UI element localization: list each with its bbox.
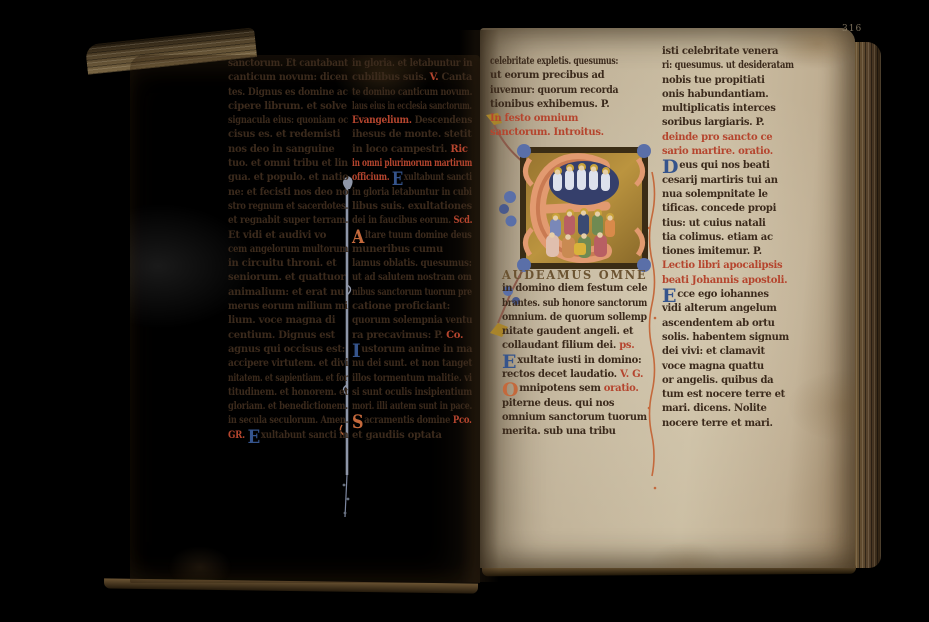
body-text: in gloria. et letabuntur in: [352, 58, 472, 69]
body-text: laus eius in ecclesia sanctorum.: [352, 101, 472, 112]
text-line: seniorum. et quattuor: [228, 271, 348, 285]
drop-cap-initial: E: [662, 285, 677, 307]
body-text: stro regnum et sacerdotes.: [228, 201, 348, 212]
body-text: vidi alterum angelum: [662, 303, 777, 314]
text-line: in secula seculorum. Amen.: [228, 414, 326, 428]
text-line: lamus oblatis. quesumus:: [352, 257, 458, 271]
text-line: onis habundantiam.: [662, 88, 794, 102]
rubric-text: Ric: [450, 144, 467, 155]
body-text: ra precavimus: P.: [352, 330, 446, 341]
text-line: ut ad salutem nostram om: [352, 271, 454, 285]
body-text: animalium: et erat nu: [228, 287, 344, 298]
body-text: cipere librum. et solve: [228, 101, 347, 112]
text-line: catione proficiant:: [352, 300, 472, 314]
text-line: nos deo in sanguine: [228, 143, 348, 157]
rubric-text: ps.: [619, 340, 634, 351]
text-line: in domino diem festum cele: [502, 282, 644, 296]
body-text: celebritate expletis. quesumus:: [490, 56, 618, 67]
text-line: stro regnum et sacerdotes.: [228, 200, 329, 214]
text-line: dei vivi: et clamavit: [662, 345, 794, 359]
body-text: in domino diem festum cele: [502, 283, 647, 294]
saints-upper-register: [549, 161, 619, 205]
rubric-text: In festo omnium: [490, 113, 578, 124]
body-text: soribus largiaris. P.: [662, 117, 764, 128]
body-text: cisus es. et redemisti: [228, 129, 340, 140]
text-line: Exultate iusti in domino:: [502, 354, 647, 368]
text-line: collaudant filium dei. ps.: [502, 339, 647, 353]
body-text: si sunt oculis insipientium: [352, 387, 472, 398]
body-text: cesarij martiris tui an: [662, 175, 778, 186]
body-text: sanctorum. Et cantabant: [228, 58, 348, 69]
body-text: ihesus de monte. stetit: [352, 129, 472, 140]
text-line: illos tormentum malitie. vi: [352, 372, 453, 386]
intercolumn-flourish: [644, 168, 660, 530]
text-line: laus eius in ecclesia sanctorum.: [352, 100, 437, 114]
text-line: vidi alterum angelum: [662, 302, 794, 316]
body-text: ustorum anime in ma: [361, 344, 472, 355]
text-line: nitatem. et sapientiam. et for: [228, 372, 320, 386]
text-line: sario martire. oratio.: [662, 145, 794, 159]
body-text: centium. Dignus est: [228, 330, 335, 341]
body-text: gua. et populo. et natio: [228, 172, 348, 183]
text-line: cisus es. et redemisti: [228, 128, 348, 142]
text-line: ascendentem ab ortu: [662, 317, 794, 331]
body-text: cce ego iohannes: [677, 289, 768, 300]
right-page: [480, 28, 855, 568]
saints-lower-register: [546, 208, 615, 258]
body-text: brantes. sub honore sanctorum: [502, 298, 647, 309]
text-line: Lectio libri apocalipsis: [662, 259, 794, 273]
body-text: nitate gaudent angeli. et: [502, 326, 633, 337]
rubric-text: in omni plurimorum martirum: [352, 158, 472, 169]
text-line: et regnabit super terram.: [228, 214, 335, 228]
body-text: tiones imitemur. P.: [662, 246, 762, 257]
rubric-text: Co.: [446, 330, 463, 341]
rubric-text: V.: [430, 72, 442, 83]
text-line: ne: et fecisti nos deo no: [228, 186, 342, 200]
rubric-text: officium.: [352, 172, 392, 183]
body-text: nu dei sunt. et non tanget: [352, 358, 472, 369]
left-page-column-1: sanctorum. Et cantabantcanticum novum: d…: [228, 57, 348, 443]
body-text: mori. illi autem sunt in pace.: [352, 401, 472, 412]
text-line: tum est nocere terre et: [662, 388, 794, 402]
drop-cap-initial: E: [248, 426, 261, 448]
body-text: onis habundantiam.: [662, 89, 768, 100]
body-text: te domino canticum novum.: [352, 87, 472, 98]
body-text: tes. Dignus es domine ac: [228, 87, 348, 98]
text-line: tia colimus. etiam ac: [662, 231, 794, 245]
text-line: in circuitu throni. et: [228, 257, 348, 271]
body-text: signacula eius: quoniam oc: [228, 115, 348, 126]
rubric-text: beati Johannis apostoli.: [662, 275, 787, 286]
text-line: omnium. de quorum sollemp: [502, 311, 639, 325]
text-line: beati Johannis apostoli.: [662, 274, 794, 288]
folio-number: 316: [842, 24, 862, 34]
body-text: libus suis. exultationes: [352, 201, 472, 212]
body-text: rectos decet laudatio.: [502, 369, 620, 380]
text-line: dei in faucibus eorum. Scd.: [352, 214, 451, 228]
initial-frame: [517, 144, 651, 272]
body-text: dei in faucibus eorum.: [352, 215, 454, 226]
text-line: Evangelium. Descendens: [352, 114, 460, 128]
body-text: lamus oblatis. quesumus:: [352, 258, 472, 269]
text-line: nocere terre et mari.: [662, 417, 794, 431]
body-text: Et vidi et audivi vo: [228, 230, 326, 241]
text-line: gloriam. et benedictionem.: [228, 400, 328, 414]
body-text: merus eorum milium mi: [228, 301, 348, 312]
body-text: Canta: [441, 72, 472, 83]
text-line: Sacramentis domine Pco.: [352, 414, 453, 428]
body-text: xultabunt sancti: [404, 172, 472, 183]
text-line: ra precavimus: P. Co.: [352, 329, 472, 343]
rubric-text: sanctorum. Introitus.: [490, 127, 604, 138]
body-text: nobis tue propitiati: [662, 75, 765, 86]
body-text: cem angelorum multorum: [228, 244, 348, 255]
text-line: cipere librum. et solve: [228, 100, 348, 114]
body-text: quorum solempnia ventu: [352, 315, 472, 326]
text-line: agnus qui occisus est:: [228, 343, 348, 357]
text-line: in loco campestri. Ric: [352, 143, 472, 157]
body-text: in gloria letabuntur in cubi: [352, 187, 472, 198]
text-line: brantes. sub honore sanctorum: [502, 297, 628, 311]
body-text: lium. voce magna di: [228, 315, 335, 326]
body-text: tia colimus. etiam ac: [662, 232, 773, 243]
text-line: si sunt oculis insipientium: [352, 386, 454, 400]
text-line: GR. Exultabunt sancti in: [228, 429, 332, 443]
text-line: ut eorum precibus ad: [490, 69, 618, 83]
body-text: catione proficiant:: [352, 301, 450, 312]
text-line: sanctorum. Introitus.: [490, 126, 618, 140]
body-text: dei vivi: et clamavit: [662, 346, 765, 357]
text-line: Ecce ego iohannes: [662, 288, 794, 302]
body-text: acramentis domine: [364, 415, 453, 426]
text-line: tes. Dignus es domine ac: [228, 86, 336, 100]
text-line: signacula eius: quoniam oc: [228, 114, 327, 128]
body-text: illos tormentum malitie. vi: [352, 373, 472, 384]
body-text: tum est nocere terre et: [662, 389, 785, 400]
text-line: titudinem. et honorem. et: [228, 386, 333, 400]
text-line: deinde pro sancto ce: [662, 131, 794, 145]
body-text: et regnabit super terram.: [228, 215, 348, 226]
body-text: nitatem. et sapientiam. et for: [228, 373, 348, 384]
body-text: canticum novum: dicen: [228, 72, 348, 83]
left-page-column-2: in gloria. et letabuntur incubilibus sui…: [352, 57, 472, 443]
text-line: tionibus exhibemus. P.: [490, 98, 618, 112]
body-text: collaudant filium dei.: [502, 340, 619, 351]
text-line: tuo. et omni tribu et lin: [228, 157, 343, 171]
text-line: mori. illi autem sunt in pace.: [352, 400, 446, 414]
text-line: cubilibus suis. V. Canta: [352, 71, 469, 85]
text-line: nitate gaudent angeli. et: [502, 325, 647, 339]
body-text: voce magna quattu: [662, 361, 764, 372]
body-text: Descendens: [415, 115, 472, 126]
right-page-column-2: isti celebritate venerari: quesumus. ut …: [662, 45, 794, 431]
text-line: merus eorum milium mi: [228, 300, 339, 314]
body-text: tius: ut cuius natali: [662, 218, 766, 229]
text-line: or angelis. quibus da: [662, 374, 794, 388]
text-line: officium. Exultabunt sancti: [352, 171, 446, 185]
drop-cap-initial: O: [502, 379, 519, 401]
body-text: AUDEAMUS OMNE: [502, 267, 647, 282]
text-line: nobis tue propitiati: [662, 74, 794, 88]
text-line: celebritate expletis. quesumus:: [490, 55, 589, 69]
body-text: multiplicatis interces: [662, 103, 776, 114]
rubric-text: Pco.: [453, 415, 472, 426]
right-page-column-1-top: celebritate expletis. quesumus:ut eorum …: [490, 55, 618, 141]
book-fore-edge: [853, 42, 881, 568]
marginal-leaves: [486, 113, 526, 337]
text-line: AUDEAMUS OMNE: [502, 268, 633, 282]
rubric-text: deinde pro sancto ce: [662, 132, 772, 143]
body-text: ltare tuum domine deus: [365, 230, 472, 241]
text-line: rectos decet laudatio. V. G.: [502, 368, 647, 382]
body-text: ut eorum precibus ad: [490, 70, 604, 81]
rubric-text: sario martire. oratio.: [662, 146, 773, 157]
rubric-text: Scd.: [454, 215, 473, 226]
body-text: solis. habentem signum: [662, 332, 789, 343]
drop-cap-initial: E: [502, 351, 517, 373]
drop-cap-initial: I: [352, 340, 361, 362]
book-bottom-edge-left: [104, 578, 478, 593]
text-line: nu dei sunt. et non tanget: [352, 357, 456, 371]
penwork-divider-bar: [336, 175, 358, 535]
body-text: eus qui nos beati: [679, 160, 770, 171]
text-line: in omni plurimorum martirum: [352, 157, 440, 171]
book-top-page-edges: [85, 27, 257, 75]
body-text: agnus qui occisus est:: [228, 344, 345, 355]
body-text: titudinem. et honorem. et: [228, 387, 348, 398]
book-gutter-shadow: [459, 30, 499, 582]
text-line: lium. voce magna di: [228, 314, 348, 328]
body-text: nibus sanctorum tuorum pre: [352, 287, 472, 298]
body-text: omnium sanctorum tuorum: [502, 412, 647, 423]
text-line: animalium: et erat nu: [228, 286, 348, 300]
body-text: accipere virtutem. et divi: [228, 358, 348, 369]
text-line: Omnipotens sem oratio.: [502, 382, 647, 396]
drop-cap-initial: D: [662, 156, 679, 178]
body-text: piterne deus. qui nos: [502, 398, 614, 409]
text-line: Iustorum anime in ma: [352, 343, 468, 357]
rubric-text: Lectio libri apocalipsis: [662, 260, 782, 271]
text-line: centium. Dignus est: [228, 329, 348, 343]
body-text: gloriam. et benedictionem.: [228, 401, 348, 412]
text-line: piterne deus. qui nos: [502, 397, 647, 411]
body-text: in circuitu throni. et: [228, 258, 336, 269]
body-text: or angelis. quibus da: [662, 375, 773, 386]
text-line: multiplicatis interces: [662, 102, 794, 116]
text-line: tius: ut cuius natali: [662, 217, 794, 231]
text-line: tiones imitemur. P.: [662, 245, 794, 259]
text-line: in gloria. et letabuntur in: [352, 57, 459, 71]
text-line: ihesus de monte. stetit: [352, 128, 470, 142]
text-line: Deus qui nos beati: [662, 159, 794, 173]
rubric-text: GR.: [228, 430, 248, 441]
text-line: te domino canticum novum.: [352, 86, 449, 100]
text-line: canticum novum: dicen: [228, 71, 343, 85]
illuminated-initial-G: [480, 105, 655, 345]
book-left-page-edges: [76, 58, 133, 604]
body-text: in secula seculorum. Amen.: [228, 415, 348, 426]
text-line: nibus sanctorum tuorum pre: [352, 286, 446, 300]
body-text: in loco campestri.: [352, 144, 450, 155]
text-line: gua. et populo. et natio: [228, 171, 345, 185]
rubric-text: Evangelium.: [352, 115, 415, 126]
text-line: isti celebritate venera: [662, 45, 794, 59]
text-line: iuvemur: quorum recorda: [490, 84, 610, 98]
text-line: voce magna quattu: [662, 360, 794, 374]
text-line: et gaudiis optata: [352, 429, 472, 443]
text-line: mari. dicens. Nolite: [662, 402, 794, 416]
rubric-text: V. G.: [620, 369, 643, 380]
body-text: omnium. de quorum sollemp: [502, 312, 647, 323]
drop-cap-initial: S: [352, 411, 364, 433]
text-line: sanctorum. Et cantabant: [228, 57, 337, 71]
body-text: et gaudiis optata: [352, 430, 442, 441]
body-text: iuvemur: quorum recorda: [490, 85, 618, 96]
body-text: isti celebritate venera: [662, 46, 778, 57]
body-text: tionibus exhibemus. P.: [490, 99, 609, 110]
text-line: Altare tuum domine deus: [352, 229, 452, 243]
text-line: cem angelorum multorum: [228, 243, 331, 257]
text-line: in gloria letabuntur in cubi: [352, 186, 451, 200]
body-text: mnipotens sem: [519, 383, 604, 394]
drop-cap-initial: A: [352, 226, 365, 248]
drop-cap-initial: E: [392, 168, 404, 190]
body-text: nos deo in sanguine: [228, 144, 334, 155]
body-text: mari. dicens. Nolite: [662, 403, 767, 414]
body-text: ne: et fecisti nos deo no: [228, 187, 348, 198]
right-page-column-1-lower: AUDEAMUS OMNEin domino diem festum celeb…: [502, 268, 647, 440]
left-page: [130, 55, 480, 583]
text-line: merita. sub una tribu: [502, 425, 647, 439]
text-line: solis. habentem signum: [662, 331, 794, 345]
text-line: libus suis. exultationes: [352, 200, 470, 214]
text-line: accipere virtutem. et divi: [228, 357, 336, 371]
body-text: ut ad salutem nostram om: [352, 272, 472, 283]
body-text: muneribus cumu: [352, 244, 443, 255]
body-text: tificas. concede propi: [662, 203, 776, 214]
body-text: ri: quesumus. ut desideratam: [662, 60, 794, 71]
text-line: muneribus cumu: [352, 243, 472, 257]
manuscript-photo: sanctorum. Et cantabantcanticum novum: d…: [0, 0, 929, 622]
text-line: ri: quesumus. ut desideratam: [662, 59, 773, 73]
initial-g-letter: [525, 159, 642, 255]
text-line: soribus largiaris. P.: [662, 116, 794, 130]
text-line: Et vidi et audivi vo: [228, 229, 348, 243]
body-text: cubilibus suis.: [352, 72, 430, 83]
body-text: xultate iusti in domino:: [517, 355, 641, 366]
book-bottom-edge-right: [482, 565, 856, 577]
body-text: seniorum. et quattuor: [228, 272, 345, 283]
text-line: omnium sanctorum tuorum: [502, 411, 644, 425]
body-text: merita. sub una tribu: [502, 426, 616, 437]
body-text: nua solempnitate le: [662, 189, 768, 200]
rubric-text: oratio.: [604, 383, 639, 394]
body-text: ascendentem ab ortu: [662, 318, 775, 329]
body-text: nocere terre et mari.: [662, 418, 773, 429]
text-line: nua solempnitate le: [662, 188, 794, 202]
text-line: In festo omnium: [490, 112, 618, 126]
body-text: tuo. et omni tribu et lin: [228, 158, 348, 169]
text-line: quorum solempnia ventu: [352, 314, 460, 328]
body-text: xultabunt sancti in: [261, 430, 348, 441]
text-line: tificas. concede propi: [662, 202, 794, 216]
text-line: cesarij martiris tui an: [662, 174, 794, 188]
